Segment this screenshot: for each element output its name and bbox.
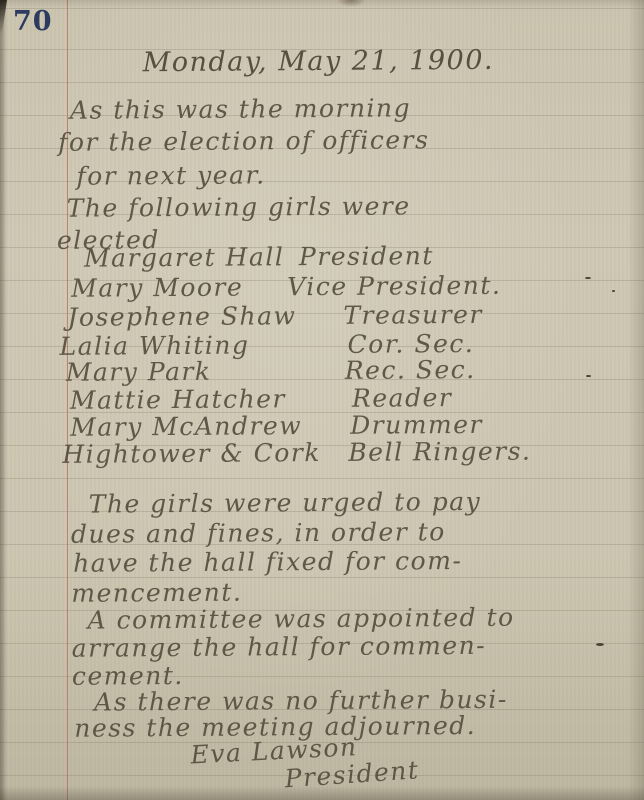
paragraph-line: arrange the hall for commen- bbox=[72, 633, 487, 661]
paragraph-line: The girls were urged to pay bbox=[89, 489, 482, 517]
officer-name: Mary Park bbox=[66, 359, 212, 385]
date-heading: Monday, May 21, 1900. bbox=[143, 47, 495, 76]
paragraph-line: As this was the morning bbox=[70, 95, 411, 122]
officer-role: Vice President. bbox=[287, 273, 501, 299]
paragraph-line: for the election of officers bbox=[58, 127, 429, 155]
paragraph-line: have the hall fixed for com- bbox=[73, 548, 462, 576]
officer-row: Hightower & Cork Bell Ringers. bbox=[0, 438, 644, 472]
officer-role: Cor. Sec. bbox=[348, 331, 475, 357]
paragraph-line: dues and fines, in order to bbox=[71, 519, 446, 547]
officer-name: Josephene Shaw bbox=[67, 303, 296, 330]
paragraph-line: mencement. bbox=[71, 580, 242, 606]
paragraph-line: cement. bbox=[72, 663, 184, 689]
officer-name: Margaret Hall bbox=[84, 244, 284, 270]
officer-name: Mattie Hatcher bbox=[70, 386, 286, 413]
paragraph-line: The following girls were bbox=[67, 193, 411, 220]
signature-title: President bbox=[284, 757, 420, 791]
paragraph-line: for next year. bbox=[76, 162, 265, 188]
officer-role: Bell Ringers. bbox=[348, 439, 531, 465]
officer-role: Drummer bbox=[350, 412, 483, 438]
officer-role: President bbox=[299, 243, 434, 269]
officer-name: Hightower & Cork bbox=[62, 440, 321, 467]
notebook-page: 70 Monday, May 21, 1900. As this was the… bbox=[0, 0, 644, 800]
manuscript: Monday, May 21, 1900. As this was the mo… bbox=[0, 0, 644, 800]
officer-role: Reader bbox=[352, 385, 452, 411]
officer-role: Rec. Sec. bbox=[345, 357, 476, 383]
officer-name: Mary Moore bbox=[71, 275, 243, 301]
officer-name: Lalia Whiting bbox=[60, 333, 250, 359]
officer-role: Treasurer bbox=[343, 302, 483, 328]
paragraph-line: A committee was appointed to bbox=[87, 605, 514, 633]
officer-name: Mary McAndrew bbox=[70, 413, 302, 440]
